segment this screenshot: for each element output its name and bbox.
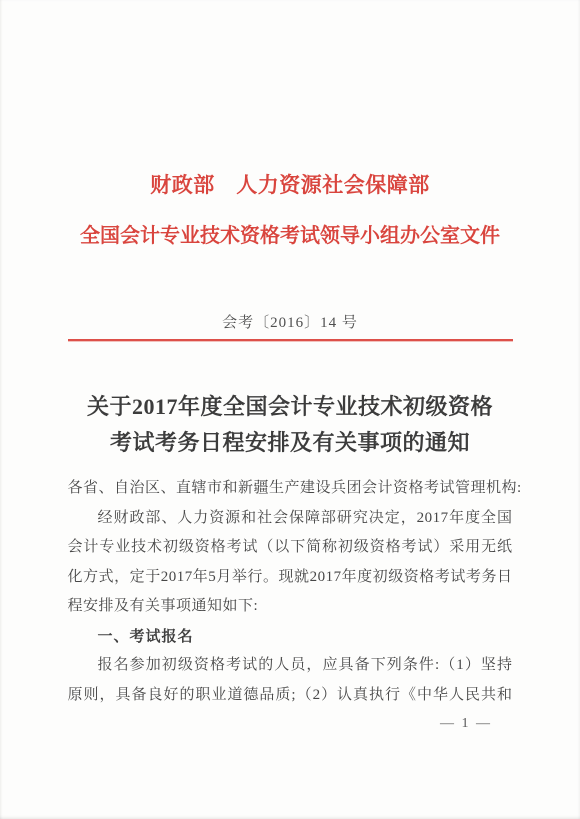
notice-title-line2: 考试考务日程安排及有关事项的通知 <box>0 425 580 461</box>
paragraph1-line1: 经财政部、人力资源和社会保障部研究决定，2017年度全国 <box>68 504 513 534</box>
paragraph2-line2: 原则，具备良好的职业道德品质;（2）认真执行《中华人民共和 <box>68 681 513 711</box>
red-separator-rule <box>68 339 513 341</box>
paragraph2-line1: 报名参加初级资格考试的人员，应具备下列条件:（1）坚持 <box>68 651 513 681</box>
salutation-line: 各省、自治区、直辖市和新疆生产建设兵团会计资格考试管理机构: <box>68 474 513 504</box>
document-body: 各省、自治区、直辖市和新疆生产建设兵团会计资格考试管理机构: 经财政部、人力资源… <box>68 474 513 710</box>
issuer-name-line1: 财政部 人力资源社会保障部 <box>0 171 580 200</box>
section-heading-1: 一、考试报名 <box>68 622 513 652</box>
notice-title-line1: 关于2017年度全国会计专业技术初级资格 <box>0 389 580 425</box>
issuer-name-line2: 全国会计专业技术资格考试领导小组办公室文件 <box>0 222 580 251</box>
document-number: 会考〔2016〕14 号 <box>0 314 580 332</box>
paragraph1-line2: 会计专业技术初级资格考试（以下简称初级资格考试）采用无纸 <box>68 533 513 563</box>
red-letterhead: 财政部 人力资源社会保障部 全国会计专业技术资格考试领导小组办公室文件 <box>0 171 580 251</box>
scanned-document-page: 财政部 人力资源社会保障部 全国会计专业技术资格考试领导小组办公室文件 会考〔2… <box>0 0 580 819</box>
paragraph1-line4: 程安排及有关事项通知如下: <box>68 592 513 622</box>
paragraph1-line3: 化方式，定于2017年5月举行。现就2017年度初级资格考试考务日 <box>68 563 513 593</box>
page-number: — 1 — <box>440 714 492 734</box>
notice-title: 关于2017年度全国会计专业技术初级资格 考试考务日程安排及有关事项的通知 <box>0 389 580 461</box>
